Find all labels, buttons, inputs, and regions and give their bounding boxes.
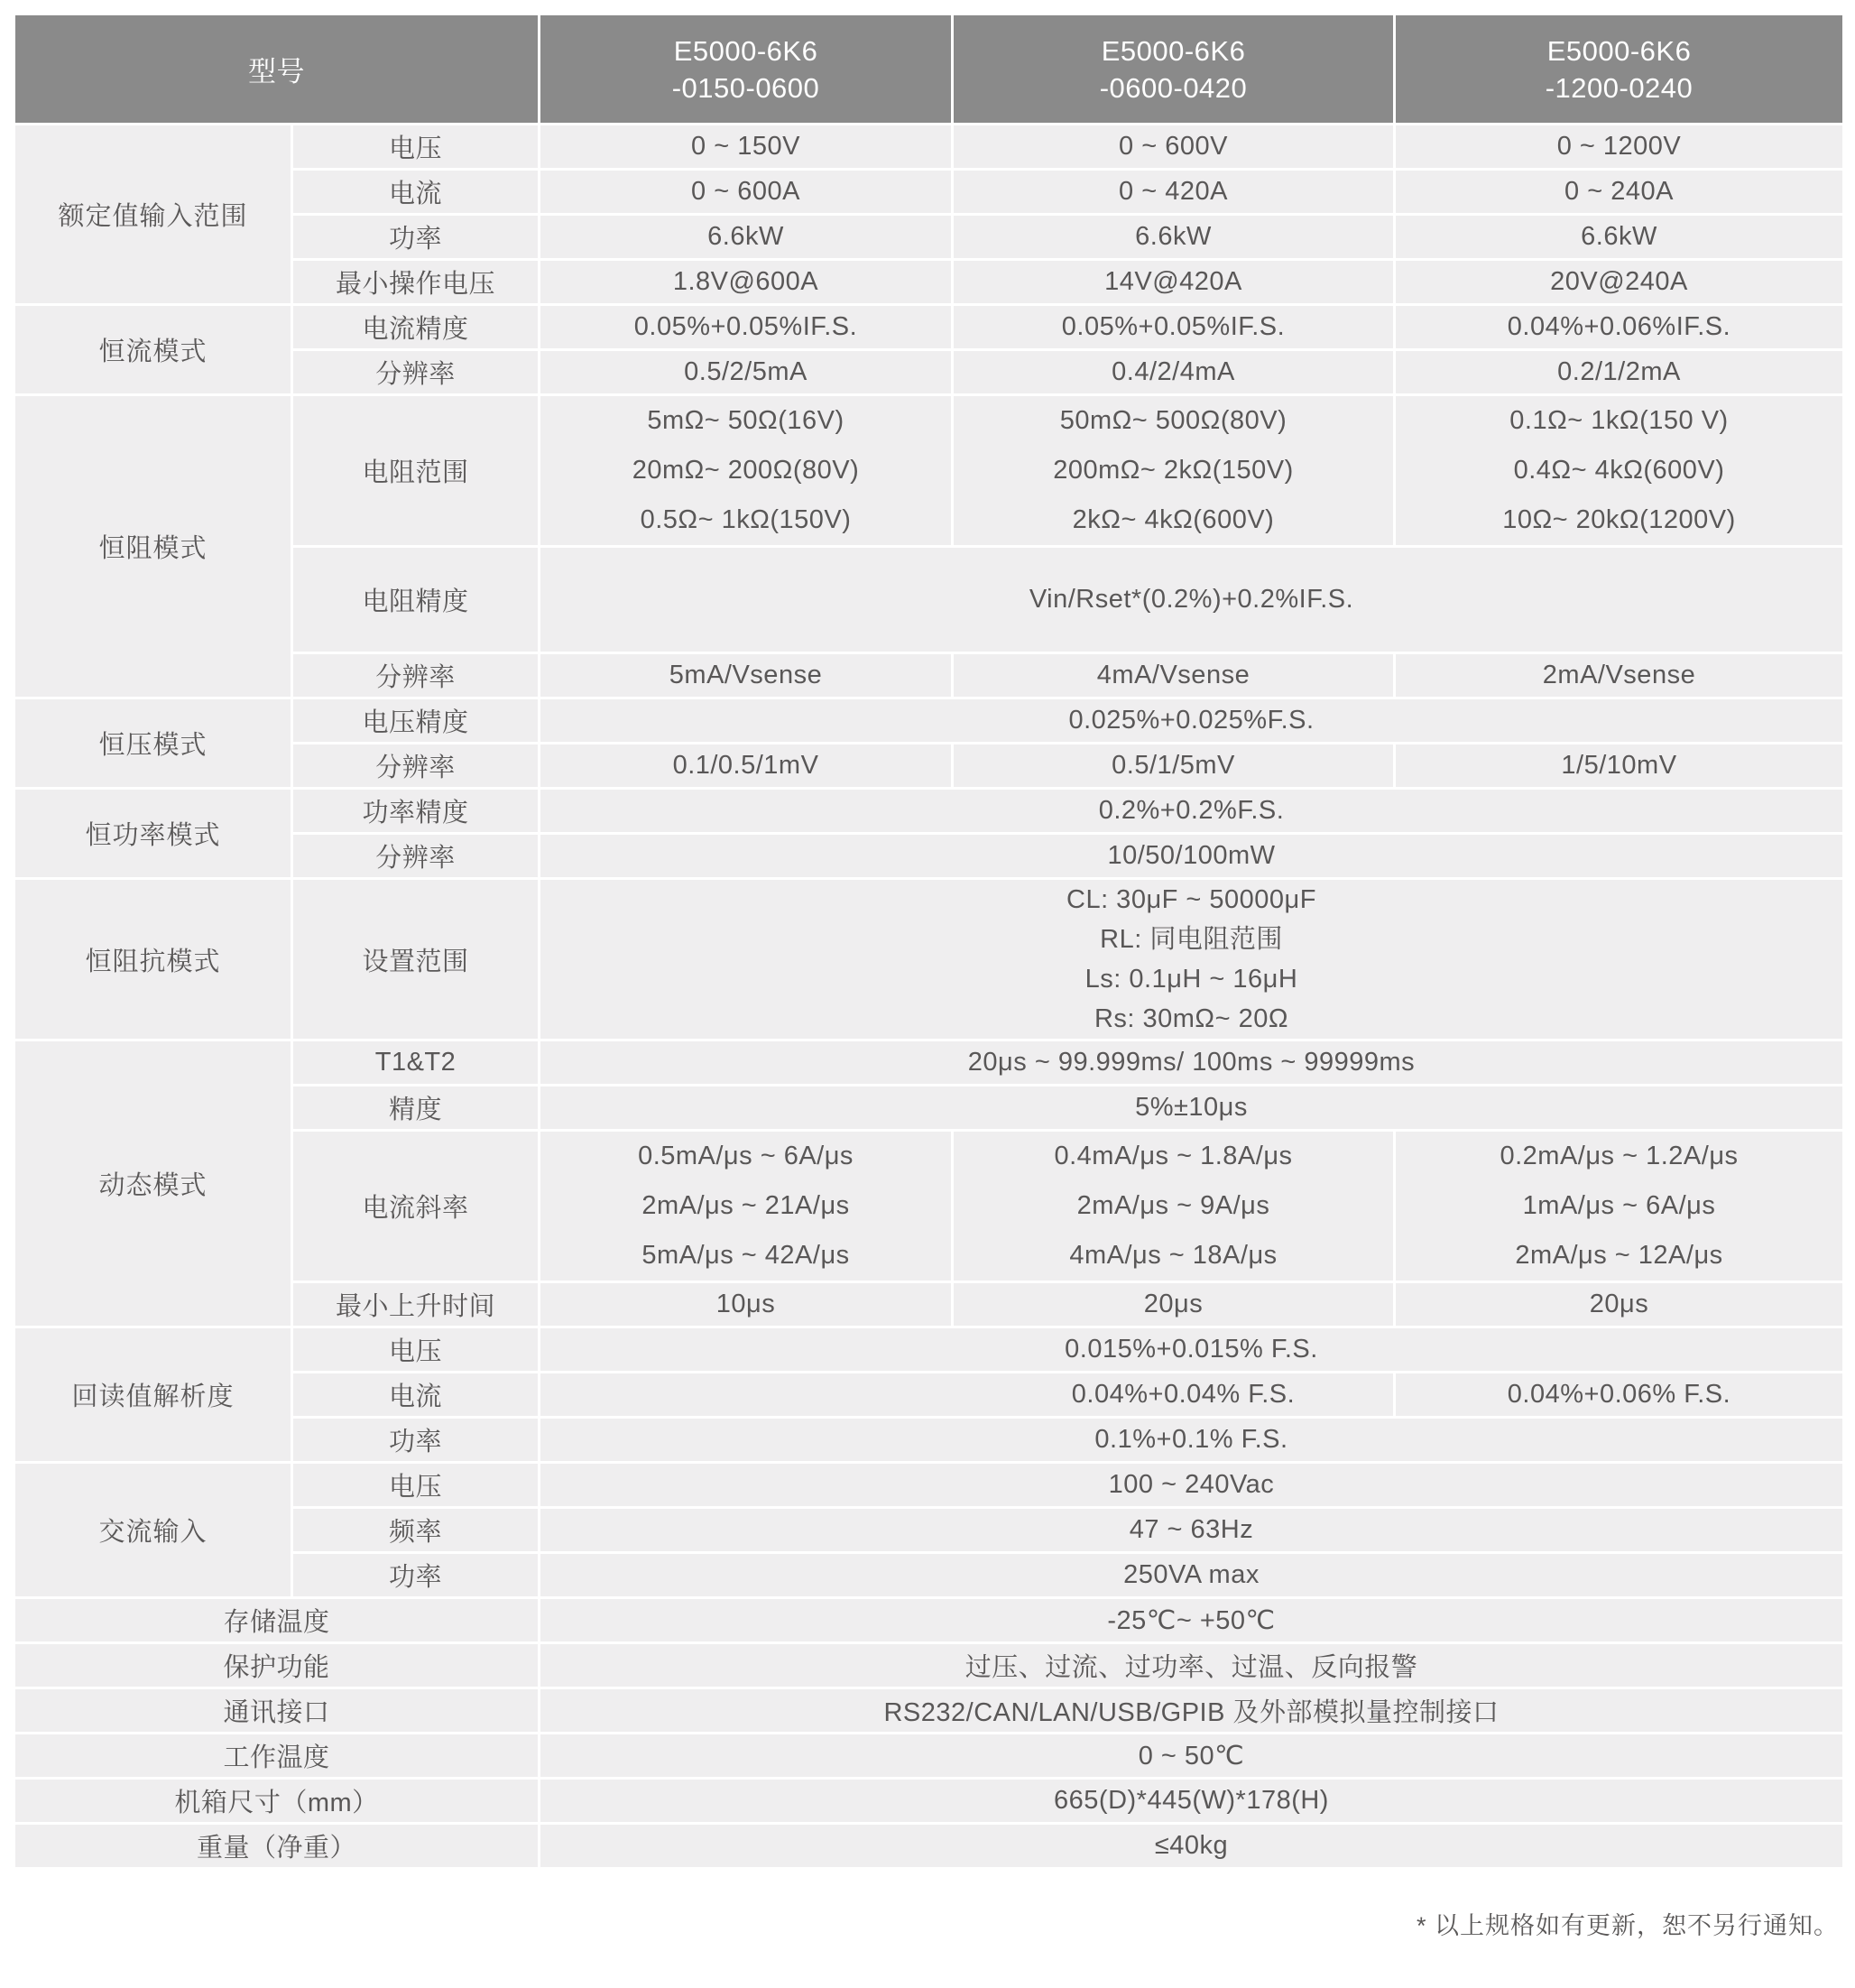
spec-name-cell: 电流 bbox=[292, 170, 540, 215]
spec-name-cell: 机箱尺寸（mm） bbox=[14, 1779, 540, 1824]
slope-line: 0.5mA/μs ~ 6A/μs bbox=[540, 1132, 951, 1181]
model-name-line2: -0600-0420 bbox=[954, 69, 1393, 106]
spec-value-cell: 1/5/10mV bbox=[1395, 744, 1844, 789]
spec-name-cell: 电阻范围 bbox=[292, 395, 540, 547]
range-line: 200mΩ~ 2kΩ(150V) bbox=[954, 446, 1393, 495]
spec-value-cell: 0.1%+0.1% F.S. bbox=[540, 1418, 1844, 1463]
spec-name-cell: 最小操作电压 bbox=[292, 260, 540, 305]
spec-value-cell: CL: 30μF ~ 50000μF RL: 同电阻范围 Ls: 0.1μH ~… bbox=[540, 879, 1844, 1040]
cz-line: RL: 同电阻范围 bbox=[540, 920, 1842, 959]
slope-line: 2mA/μs ~ 9A/μs bbox=[954, 1181, 1393, 1231]
spec-value-cell: 5mΩ~ 50Ω(16V) 20mΩ~ 200Ω(80V) 0.5Ω~ 1kΩ(… bbox=[540, 395, 953, 547]
spec-value-cell: 0.2mA/μs ~ 1.2A/μs 1mA/μs ~ 6A/μs 2mA/μs… bbox=[1395, 1131, 1844, 1282]
slope-line: 0.4mA/μs ~ 1.8A/μs bbox=[954, 1132, 1393, 1181]
spec-value-cell: 0 ~ 50℃ bbox=[540, 1734, 1844, 1779]
spec-value-cell: 0.05%+0.05%IF.S. bbox=[540, 305, 953, 350]
row-dynamic-t1t2: 动态模式 T1&T2 20μs ~ 99.999ms/ 100ms ~ 9999… bbox=[14, 1040, 1844, 1086]
spec-name-cell: 功率 bbox=[292, 215, 540, 260]
spec-value-cell: 0.2/1/2mA bbox=[1395, 350, 1844, 395]
row-protection: 保护功能 过压、过流、过功率、过温、反向报警 bbox=[14, 1643, 1844, 1688]
spec-value-cell: 100 ~ 240Vac bbox=[540, 1463, 1844, 1508]
row-cr-range: 恒阻模式 电阻范围 5mΩ~ 50Ω(16V) 20mΩ~ 200Ω(80V) … bbox=[14, 395, 1844, 547]
spec-value-cell: 0.04%+0.04% F.S. bbox=[540, 1373, 1395, 1418]
spec-name-cell: 保护功能 bbox=[14, 1643, 540, 1688]
spec-value-cell: 5%±10μs bbox=[540, 1086, 1844, 1131]
spec-value-cell: 5mA/Vsense bbox=[540, 653, 953, 698]
cz-line: CL: 30μF ~ 50000μF bbox=[540, 880, 1842, 920]
spec-name-cell: 电压 bbox=[292, 1463, 540, 1508]
section-title-cell: 交流输入 bbox=[14, 1463, 292, 1598]
cz-line: Rs: 30mΩ~ 20Ω bbox=[540, 999, 1842, 1039]
spec-name-cell: 功率精度 bbox=[292, 789, 540, 834]
spec-name-cell: 电流 bbox=[292, 1373, 540, 1418]
spec-value-cell: ≤40kg bbox=[540, 1824, 1844, 1869]
spec-name-cell: 分辨率 bbox=[292, 834, 540, 879]
spec-name-cell: 电压 bbox=[292, 125, 540, 170]
spec-value-cell: 0 ~ 1200V bbox=[1395, 125, 1844, 170]
model-label-header: 型号 bbox=[14, 14, 540, 125]
spec-value-cell: 0 ~ 150V bbox=[540, 125, 953, 170]
spec-name-cell: 功率 bbox=[292, 1418, 540, 1463]
spec-value-cell: 0.2%+0.2%F.S. bbox=[540, 789, 1844, 834]
slope-line: 1mA/μs ~ 6A/μs bbox=[1396, 1181, 1842, 1231]
spec-name-cell: 电压精度 bbox=[292, 698, 540, 744]
spec-name-cell: 分辨率 bbox=[292, 653, 540, 698]
slope-line: 2mA/μs ~ 21A/μs bbox=[540, 1181, 951, 1231]
row-storage-temp: 存储温度 -25℃~ +50℃ bbox=[14, 1598, 1844, 1643]
spec-name-cell: 存储温度 bbox=[14, 1598, 540, 1643]
model-header-3: E5000-6K6 -1200-0240 bbox=[1395, 14, 1844, 125]
spec-name-cell: 分辨率 bbox=[292, 744, 540, 789]
model-name-line2: -0150-0600 bbox=[540, 69, 951, 106]
spec-value-cell: RS232/CAN/LAN/USB/GPIB 及外部模拟量控制接口 bbox=[540, 1688, 1844, 1734]
spec-name-cell: 分辨率 bbox=[292, 350, 540, 395]
range-line: 20mΩ~ 200Ω(80V) bbox=[540, 446, 951, 495]
model-header-1: E5000-6K6 -0150-0600 bbox=[540, 14, 953, 125]
spec-name-cell: 电流精度 bbox=[292, 305, 540, 350]
spec-name-cell: 通讯接口 bbox=[14, 1688, 540, 1734]
spec-name-cell: T1&T2 bbox=[292, 1040, 540, 1086]
model-name-line1: E5000-6K6 bbox=[1396, 32, 1842, 69]
spec-value-cell: 0.025%+0.025%F.S. bbox=[540, 698, 1844, 744]
spec-value-cell: 10μs bbox=[540, 1282, 953, 1327]
model-name-line1: E5000-6K6 bbox=[540, 32, 951, 69]
row-cz-range: 恒阻抗模式 设置范围 CL: 30μF ~ 50000μF RL: 同电阻范围 … bbox=[14, 879, 1844, 1040]
range-line: 50mΩ~ 500Ω(80V) bbox=[954, 396, 1393, 446]
spec-name-cell: 电流斜率 bbox=[292, 1131, 540, 1282]
spec-value-cell: 250VA max bbox=[540, 1553, 1844, 1598]
spec-value-cell: 10/50/100mW bbox=[540, 834, 1844, 879]
row-cc-accuracy: 恒流模式 电流精度 0.05%+0.05%IF.S. 0.05%+0.05%IF… bbox=[14, 305, 1844, 350]
row-rated-voltage: 额定值输入范围 电压 0 ~ 150V 0 ~ 600V 0 ~ 1200V bbox=[14, 125, 1844, 170]
spec-value-cell: 14V@420A bbox=[953, 260, 1395, 305]
row-ac-voltage: 交流输入 电压 100 ~ 240Vac bbox=[14, 1463, 1844, 1508]
spec-name-cell: 设置范围 bbox=[292, 879, 540, 1040]
section-title-cell: 恒流模式 bbox=[14, 305, 292, 395]
spec-value-cell: 0 ~ 240A bbox=[1395, 170, 1844, 215]
section-title-cell: 恒阻抗模式 bbox=[14, 879, 292, 1040]
spec-value-cell: 0 ~ 420A bbox=[953, 170, 1395, 215]
model-name-line2: -1200-0240 bbox=[1396, 69, 1842, 106]
row-readback-voltage: 回读值解析度 电压 0.015%+0.015% F.S. bbox=[14, 1327, 1844, 1373]
spec-value-cell: 20V@240A bbox=[1395, 260, 1844, 305]
spec-value-cell: 6.6kW bbox=[1395, 215, 1844, 260]
spec-value-cell: 0.04%+0.06%IF.S. bbox=[1395, 305, 1844, 350]
spec-name-cell: 精度 bbox=[292, 1086, 540, 1131]
row-weight: 重量（净重） ≤40kg bbox=[14, 1824, 1844, 1869]
spec-value-cell: 50mΩ~ 500Ω(80V) 200mΩ~ 2kΩ(150V) 2kΩ~ 4k… bbox=[953, 395, 1395, 547]
footnote: * 以上规格如有更新，恕不另行通知。 bbox=[1417, 1906, 1839, 1941]
spec-name-cell: 功率 bbox=[292, 1553, 540, 1598]
spec-value-cell: 20μs bbox=[1395, 1282, 1844, 1327]
section-title-cell: 回读值解析度 bbox=[14, 1327, 292, 1463]
spec-value-cell: 4mA/Vsense bbox=[953, 653, 1395, 698]
spec-name-cell: 工作温度 bbox=[14, 1734, 540, 1779]
spec-value-cell: 0.4/2/4mA bbox=[953, 350, 1395, 395]
spec-value-cell: 0.015%+0.015% F.S. bbox=[540, 1327, 1844, 1373]
spec-value-cell: 1.8V@600A bbox=[540, 260, 953, 305]
row-cp-accuracy: 恒功率模式 功率精度 0.2%+0.2%F.S. bbox=[14, 789, 1844, 834]
section-title-cell: 恒阻模式 bbox=[14, 395, 292, 698]
slope-line: 0.2mA/μs ~ 1.2A/μs bbox=[1396, 1132, 1842, 1181]
spec-name-cell: 电压 bbox=[292, 1327, 540, 1373]
spec-value-cell: 0.5/2/5mA bbox=[540, 350, 953, 395]
spec-value-cell: 6.6kW bbox=[540, 215, 953, 260]
slope-line: 2mA/μs ~ 12A/μs bbox=[1396, 1231, 1842, 1281]
spec-value-cell: 2mA/Vsense bbox=[1395, 653, 1844, 698]
spec-value-cell: 47 ~ 63Hz bbox=[540, 1508, 1844, 1553]
row-dimensions: 机箱尺寸（mm） 665(D)*445(W)*178(H) bbox=[14, 1779, 1844, 1824]
spec-value-cell: -25℃~ +50℃ bbox=[540, 1598, 1844, 1643]
spec-value-cell: 0.5mA/μs ~ 6A/μs 2mA/μs ~ 21A/μs 5mA/μs … bbox=[540, 1131, 953, 1282]
spec-value-cell: 0 ~ 600V bbox=[953, 125, 1395, 170]
spec-value-cell: 665(D)*445(W)*178(H) bbox=[540, 1779, 1844, 1824]
slope-line: 4mA/μs ~ 18A/μs bbox=[954, 1231, 1393, 1281]
row-cv-accuracy: 恒压模式 电压精度 0.025%+0.025%F.S. bbox=[14, 698, 1844, 744]
section-title-cell: 额定值输入范围 bbox=[14, 125, 292, 305]
range-line: 0.5Ω~ 1kΩ(150V) bbox=[540, 495, 951, 545]
range-line: 2kΩ~ 4kΩ(600V) bbox=[954, 495, 1393, 545]
table-header-row: 型号 E5000-6K6 -0150-0600 E5000-6K6 -0600-… bbox=[14, 14, 1844, 125]
spec-value-cell: 0.5/1/5mV bbox=[953, 744, 1395, 789]
model-header-2: E5000-6K6 -0600-0420 bbox=[953, 14, 1395, 125]
range-line: 0.1Ω~ 1kΩ(150 V) bbox=[1396, 396, 1842, 446]
cz-line: Ls: 0.1μH ~ 16μH bbox=[540, 959, 1842, 999]
row-comm-interface: 通讯接口 RS232/CAN/LAN/USB/GPIB 及外部模拟量控制接口 bbox=[14, 1688, 1844, 1734]
range-line: 10Ω~ 20kΩ(1200V) bbox=[1396, 495, 1842, 545]
model-name-line1: E5000-6K6 bbox=[954, 32, 1393, 69]
spec-value-cell: 0.4mA/μs ~ 1.8A/μs 2mA/μs ~ 9A/μs 4mA/μs… bbox=[953, 1131, 1395, 1282]
spec-name-cell: 重量（净重） bbox=[14, 1824, 540, 1869]
section-title-cell: 恒功率模式 bbox=[14, 789, 292, 879]
spec-value-cell: 20μs ~ 99.999ms/ 100ms ~ 99999ms bbox=[540, 1040, 1844, 1086]
spec-value-cell: 0.05%+0.05%IF.S. bbox=[953, 305, 1395, 350]
spec-name-cell: 电阻精度 bbox=[292, 547, 540, 653]
section-title-cell: 动态模式 bbox=[14, 1040, 292, 1327]
range-line: 0.4Ω~ 4kΩ(600V) bbox=[1396, 446, 1842, 495]
spec-value-cell: Vin/Rset*(0.2%)+0.2%IF.S. bbox=[540, 547, 1844, 653]
spec-value-cell: 0.04%+0.06% F.S. bbox=[1395, 1373, 1844, 1418]
spec-value-cell: 0.1/0.5/1mV bbox=[540, 744, 953, 789]
spec-value-cell: 6.6kW bbox=[953, 215, 1395, 260]
row-operating-temp: 工作温度 0 ~ 50℃ bbox=[14, 1734, 1844, 1779]
spec-sheet-page: { "page": { "footnote": "* 以上规格如有更新，恕不另行… bbox=[0, 13, 1855, 1988]
spec-value-cell: 0 ~ 600A bbox=[540, 170, 953, 215]
slope-line: 5mA/μs ~ 42A/μs bbox=[540, 1231, 951, 1281]
range-line: 5mΩ~ 50Ω(16V) bbox=[540, 396, 951, 446]
spec-table: 型号 E5000-6K6 -0150-0600 E5000-6K6 -0600-… bbox=[13, 13, 1845, 1870]
section-title-cell: 恒压模式 bbox=[14, 698, 292, 789]
spec-name-cell: 最小上升时间 bbox=[292, 1282, 540, 1327]
spec-value-cell: 过压、过流、过功率、过温、反向报警 bbox=[540, 1643, 1844, 1688]
spec-name-cell: 频率 bbox=[292, 1508, 540, 1553]
spec-value-cell: 20μs bbox=[953, 1282, 1395, 1327]
spec-value-cell: 0.1Ω~ 1kΩ(150 V) 0.4Ω~ 4kΩ(600V) 10Ω~ 20… bbox=[1395, 395, 1844, 547]
